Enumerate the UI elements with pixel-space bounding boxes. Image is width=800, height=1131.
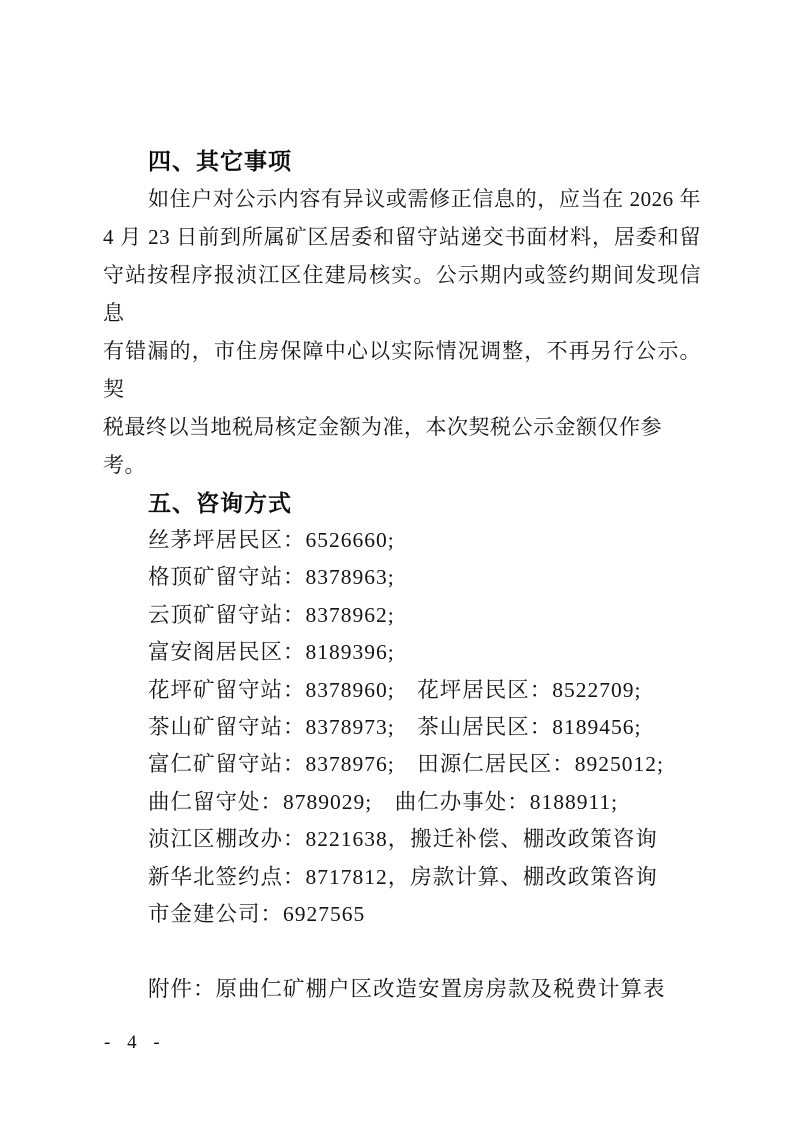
paragraph-line: 4 月 23 日前到所属矿区居委和留守站递交书面材料，居委和留: [103, 218, 701, 256]
document-content: 四、其它事项 如住户对公示内容有异议或需修正信息的，应当在 2026 年 4 月…: [103, 142, 701, 1008]
paragraph-line: 守站按程序报浈江区住建局核实。公示期内或签约期间发现信息: [103, 256, 701, 332]
contact-line: 市金建公司：6927565: [103, 896, 701, 933]
contact-line: 花坪矿留守站：8378960; 花坪居民区：8522709;: [103, 672, 701, 709]
other-matters-paragraph: 如住户对公示内容有异议或需修正信息的，应当在 2026 年 4 月 23 日前到…: [103, 180, 701, 484]
contact-list: 丝茅坪居民区：6526660; 格顶矿留守站：8378963; 云顶矿留守站：8…: [103, 522, 701, 933]
contact-line: 云顶矿留守站：8378962;: [103, 597, 701, 634]
paragraph-line: 如住户对公示内容有异议或需修正信息的，应当在 2026 年: [103, 180, 701, 218]
contact-line: 富安阁居民区：8189396;: [103, 634, 701, 671]
paragraph-line: 有错漏的，市住房保障中心以实际情况调整，不再另行公示。契: [103, 332, 701, 408]
attachment-note: 附件：原曲仁矿棚户区改造安置房房款及税费计算表: [103, 970, 701, 1008]
contact-line: 茶山矿留守站：8378973; 茶山居民区：8189456;: [103, 709, 701, 746]
document-page: 四、其它事项 如住户对公示内容有异议或需修正信息的，应当在 2026 年 4 月…: [0, 0, 800, 1131]
contact-line: 浈江区棚改办：8221638，搬迁补偿、棚改政策咨询: [103, 821, 701, 858]
section-heading-other-matters: 四、其它事项: [103, 142, 701, 180]
contact-line: 格顶矿留守站：8378963;: [103, 559, 701, 596]
contact-line: 新华北签约点：8717812，房款计算、棚改政策咨询: [103, 859, 701, 896]
section-heading-consultation: 五、咨询方式: [103, 484, 701, 522]
contact-line: 富仁矿留守站：8378976; 田源仁居民区：8925012;: [103, 746, 701, 783]
page-number: - 4 -: [104, 1032, 166, 1054]
contact-line: 丝茅坪居民区：6526660;: [103, 522, 701, 559]
contact-line: 曲仁留守处：8789029; 曲仁办事处：8188911;: [103, 784, 701, 821]
paragraph-line: 税最终以当地税局核定金额为准，本次契税公示金额仅作参考。: [103, 408, 701, 484]
